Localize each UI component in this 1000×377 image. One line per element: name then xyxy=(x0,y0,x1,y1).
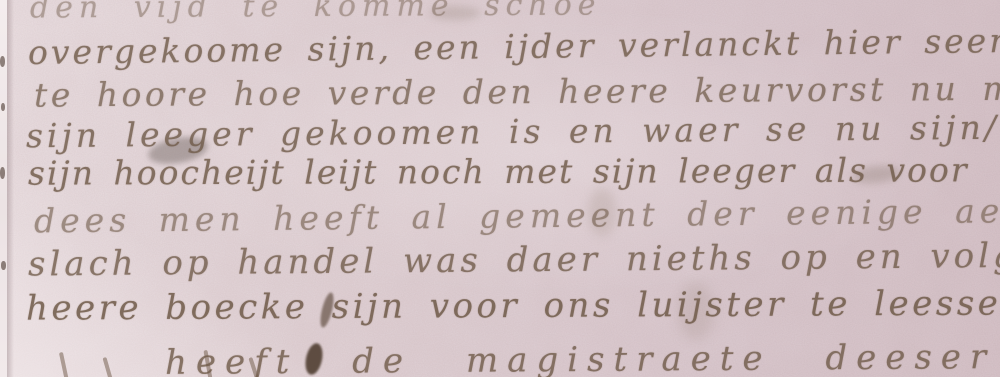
paper-left-edge-shadow xyxy=(7,0,14,377)
edge-speck xyxy=(0,167,5,179)
edge-speck xyxy=(1,261,6,270)
paper-grain-texture xyxy=(0,0,1000,377)
edge-speck xyxy=(1,103,5,111)
manuscript-page: den vijd te komme schoe overgekoome sijn… xyxy=(0,0,1000,377)
edge-speck xyxy=(0,56,5,67)
